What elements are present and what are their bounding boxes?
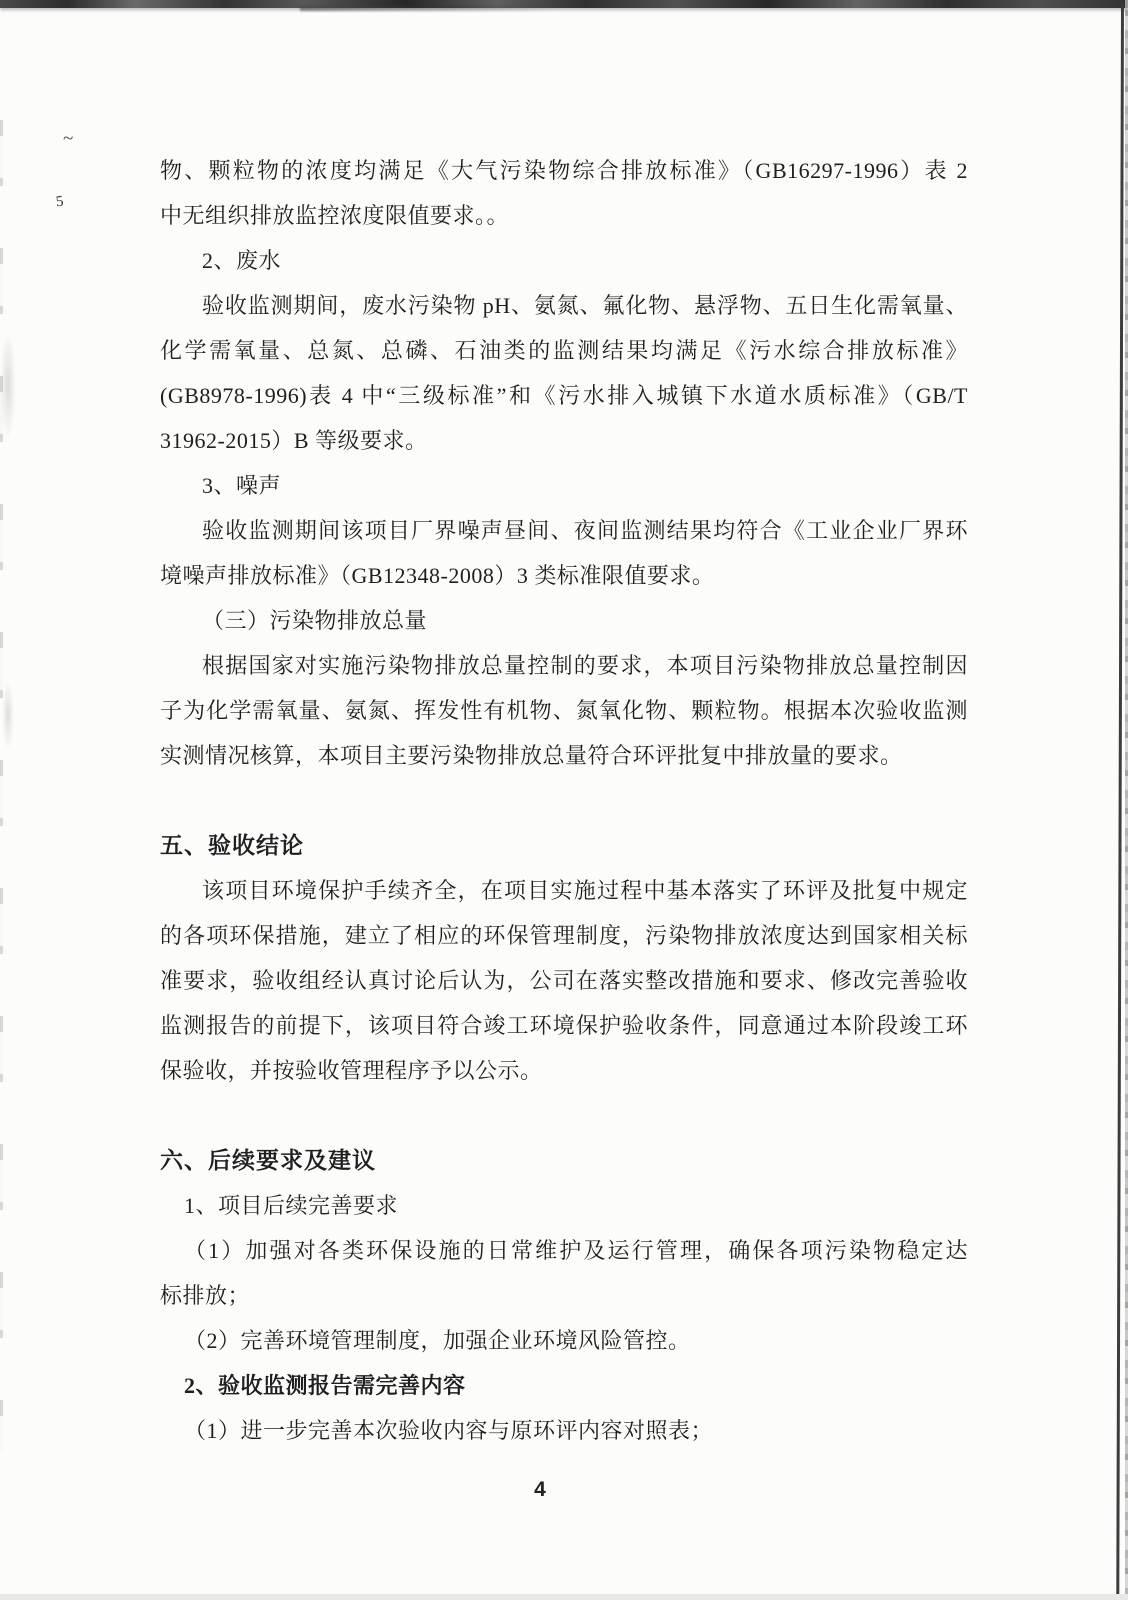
text-line: 保验收，并按验收管理程序予以公示。 (160, 1048, 968, 1093)
document-body: 物、颗粒物的浓度均满足《大气污染物综合排放标准》（GB16297-1996）表 … (160, 148, 968, 1453)
text-line: 根据国家对实施污染物排放总量控制的要求，本项目污染物排放总量控制因 (160, 643, 968, 688)
blank-line (160, 778, 968, 823)
text-line: (GB8978-1996)表 4 中“三级标准”和《污水排入城镇下水道水质标准》… (160, 373, 968, 418)
text-line: 的各项环保措施，建立了相应的环保管理制度，污染物排放浓度达到国家相关标 (160, 913, 968, 958)
scan-artifact-right-edge (1116, 5, 1124, 1600)
text-line: 2、验收监测报告需完善内容 (160, 1363, 968, 1408)
scan-artifact-top-edge (0, 0, 1128, 8)
text-line: 准要求，验收组经认真讨论后认为，公司在落实整改措施和要求、修改完善验收 (160, 958, 968, 1003)
scan-artifact-bottom-edge (0, 1594, 1128, 1600)
text-line: 物、颗粒物的浓度均满足《大气污染物综合排放标准》（GB16297-1996）表 … (160, 148, 968, 193)
section-heading-followup: 六、后续要求及建议 (160, 1138, 968, 1183)
text-line: （1）加强对各类环保设施的日常维护及运行管理，确保各项污染物稳定达 (160, 1228, 968, 1273)
text-line: 化学需氧量、总氮、总磷、石油类的监测结果均满足《污水综合排放标准》 (160, 328, 968, 373)
text-line: 该项目环境保护手续齐全，在项目实施过程中基本落实了环评及批复中规定 (160, 868, 968, 913)
scan-smudge (2, 680, 14, 750)
section-heading-conclusion: 五、验收结论 (160, 823, 968, 868)
text-line: 31962-2015）B 等级要求。 (160, 418, 968, 463)
scan-artifact-left-noise (0, 120, 3, 1450)
pen-mark-smudge: 5 (55, 194, 65, 212)
text-line: 子为化学需氧量、氨氮、挥发性有机物、氮氧化物、颗粒物。根据本次验收监测 (160, 688, 968, 733)
text-line: 境噪声排放标准》（GB12348-2008）3 类标准限值要求。 (160, 553, 968, 598)
text-line: 2、废水 (160, 238, 968, 283)
text-line: 监测报告的前提下，该项目符合竣工环境保护验收条件，同意通过本阶段竣工环 (160, 1003, 968, 1048)
text-line: 实测情况核算，本项目主要污染物排放总量符合环评批复中排放量的要求。 (160, 733, 968, 778)
blank-line (160, 1093, 968, 1138)
text-line: 中无组织排放监控浓度限值要求。。 (160, 193, 968, 238)
text-line: 1、项目后续完善要求 (160, 1183, 968, 1228)
text-line: （1）进一步完善本次验收内容与原环评内容对照表； (160, 1408, 968, 1453)
text-line: 验收监测期间，废水污染物 pH、氨氮、氟化物、悬浮物、五日生化需氧量、 (160, 283, 968, 328)
page-number: 4 (160, 1478, 920, 1502)
text-line: 3、噪声 (160, 463, 968, 508)
pen-mark-tilde: ~ (63, 128, 71, 150)
text-line: 验收监测期间该项目厂界噪声昼间、夜间监测结果均符合《工业企业厂界环 (160, 508, 968, 553)
scanned-document-page: ~ 5 物、颗粒物的浓度均满足《大气污染物综合排放标准》（GB16297-199… (0, 0, 1128, 1600)
text-line: 标排放； (160, 1273, 968, 1318)
text-line: （2）完善环境管理制度，加强企业环境风险管控。 (160, 1318, 968, 1363)
scan-smudge (0, 330, 16, 440)
text-line: （三）污染物排放总量 (160, 598, 968, 643)
scan-artifact-top-blob (300, 6, 560, 11)
